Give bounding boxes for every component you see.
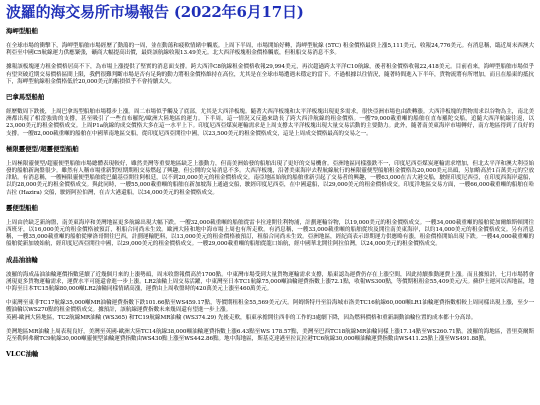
section-clean-tankers: 成品油油輪 波羅的海成品油油輪運價指數延續了近幾個月來的上漲勢頭，周末收盤報價高… — [6, 256, 534, 344]
section-ultramax-supramax: 極限靈便型/超靈便型船舶 上周極限靈便型/超靈便型船舶市場總體表現較好，雖然美灣… — [6, 145, 534, 197]
paragraph: 中東灣至東非TC17航線35,000噸MR油輪運費指數下跌101.66點至WS4… — [6, 300, 534, 314]
section-panamax: 巴拿馬型船舶 經歷數周下跌後，上周巴拿馬型船舶市場穩步上漲。周二市場似乎觸及了底… — [6, 93, 534, 138]
section-capesize: 海岬型船舶 在全球市場的衝擊下，海岬型船舶市場經歷了動蕩的一周，並在動蕩和疲軟情… — [6, 27, 534, 86]
section-heading: VLCC油輪 — [6, 350, 534, 359]
section-handysize: 靈便型船舶 上周由於缺乏新詢盤，南美東海岸和美灣地區更多航線出現大幅下跌。一艘3… — [6, 204, 534, 249]
paragraph: 上周極限靈便型/超靈便型船舶市場總體表現較好，雖然美灣等重要地區缺乏上漲動力，但… — [6, 161, 534, 197]
section-heading: 極限靈便型/超靈便型船舶 — [6, 145, 534, 154]
section-heading: 海岬型船舶 — [6, 27, 534, 36]
paragraph: 上周由於缺乏新詢盤，南美東海岸和美灣地區更多航線出現大幅下跌。一艘32,000載… — [6, 220, 534, 249]
section-heading: 巴拿馬型船舶 — [6, 93, 534, 102]
paragraph: 美灣地區MR油輪上周表現良好，美灣至英國-歐洲大陸TC14航線38,000噸油輪… — [6, 329, 534, 343]
section-heading: 靈便型船舶 — [6, 204, 534, 213]
paragraph: 據報該板塊運力租金價格居高不下，為市場上漲提供了堅實的消息面支撐。跨大西洋C8航… — [6, 64, 534, 86]
report-title: 波羅的海交易所市場報告 (2022年6月17日) — [6, 3, 534, 21]
paragraph: 在全球市場的衝擊下，海岬型船舶市場經歷了動蕩的一周，並在動蕩和疲軟情緒中觸底。上… — [6, 43, 534, 57]
paragraph: 波羅的海成品油油輪運價指數延續了近幾個月來的上漲勢頭，周末收盤報價高於1700點… — [6, 272, 534, 294]
paragraph: 英國-歐洲大陸地區，TC2航線MR油輪 (WS365) 和TC19航線MR油輪 … — [6, 315, 534, 322]
section-heading: 成品油油輪 — [6, 256, 534, 265]
section-vlcc: VLCC油輪 — [6, 350, 534, 359]
report-page: 波羅的海交易所市場報告 (2022年6月17日) 海岬型船舶 在全球市場的衝擊下… — [0, 0, 540, 359]
paragraph: 經歷數周下跌後，上周巴拿馬型船舶市場穩步上漲。周二市場似乎觸及了底部，尤其是大西… — [6, 109, 534, 138]
